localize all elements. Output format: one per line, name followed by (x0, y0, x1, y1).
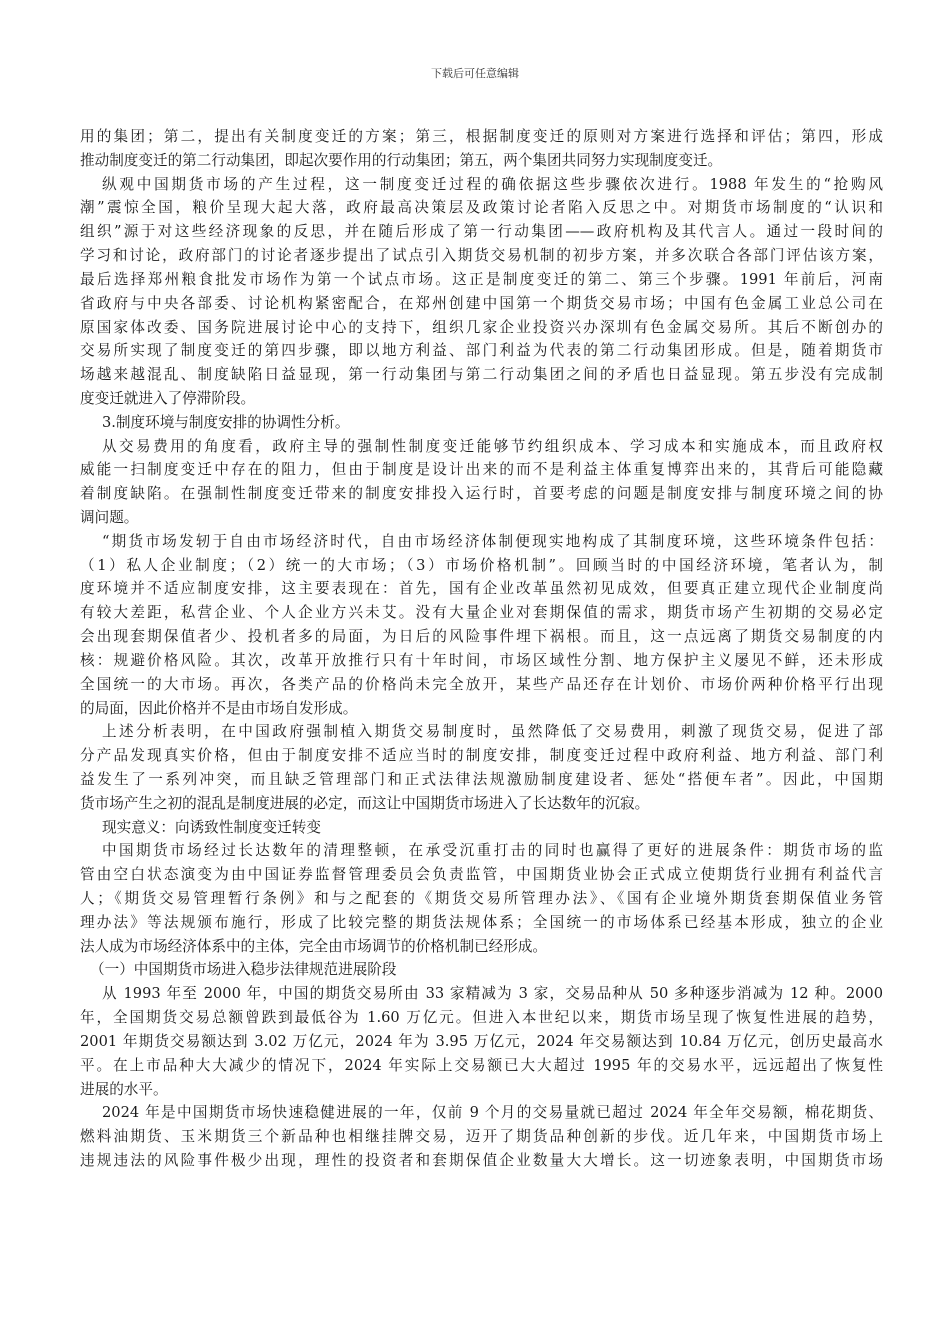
text-line: 平。在上市品种大大减少的情况下，2024 年实际上交易额已大大超过 1995 年… (80, 1054, 883, 1078)
text-line: 从 1993 年至 2000 年，中国的期货交易所由 33 家精减为 3 家，交… (80, 982, 883, 1006)
text-line: 会出现套期保值者少、投机者多的局面，为日后的风险事件埋下祸根。而且，这一点远离了… (80, 625, 883, 649)
text-line: 度环境并不适应制度安排，这主要表现在：首先，国有企业改革虽然初见成效，但要真正建… (80, 577, 883, 601)
text-line: 法人成为市场经济体系中的主体，完全由市场调节的价格机制已经形成。 (80, 935, 883, 959)
text-line: 度变迁就进入了停滞阶段。 (80, 387, 883, 411)
text-line: 有较大差距，私营企业、个人企业方兴未艾。没有大量企业对套期保值的需求，期货市场产… (80, 601, 883, 625)
text-line: 理办法》等法规颁布施行，形成了比较完整的期货法规体系；全国统一的市场体系已经基本… (80, 911, 883, 935)
text-line: 上述分析表明，在中国政府强制植入期货交易制度时，虽然降低了交易费用，刺激了现货交… (80, 720, 883, 744)
text-line: 年，全国期货交易总额曾跌到最低谷为 1.60 万亿元。但进入本世纪以来，期货市场… (80, 1006, 883, 1030)
text-line: 组织”源于对这些经济现象的反思，并在随后形成了第一行动集团——政府机构及其代言人… (80, 220, 883, 244)
text-line: 推动制度变迁的第二行动集团，即起次要作用的行动集团；第五，两个集团共同努力实现制… (80, 149, 883, 173)
paragraph: 从交易费用的角度看，政府主导的强制性制度变迁能够节约组织成本、学习成本和实施成本… (80, 435, 883, 530)
paragraph: 中国期货市场经过长达数年的清理整顿，在承受沉重打击的同时也赢得了更好的进展条件：… (80, 839, 883, 958)
text-line: 潮”震惊全国，粮价呈现大起大落，政府最高决策层及政策讨论者陷入反思之中。对期货市… (80, 196, 883, 220)
text-line: 燃料油期货、玉米期货三个新品种也相继挂牌交易，迈开了期货品种创新的步伐。近几年来… (80, 1125, 883, 1149)
text-line: 2024 年是中国期货市场快速稳健进展的一年，仅前 9 个月的交易量就已超过 2… (80, 1101, 883, 1125)
document-body: 用的集团；第二，提出有关制度变迁的方案；第三，根据制度变迁的原则对方案进行选择和… (80, 125, 883, 1173)
text-line: 着制度缺陷。在强制性制度变迁带来的制度安排投入运行时，首要考虑的问题是制度安排与… (80, 482, 883, 506)
text-line: 用的集团；第二，提出有关制度变迁的方案；第三，根据制度变迁的原则对方案进行选择和… (80, 125, 883, 149)
text-line: 中国期货市场经过长达数年的清理整顿，在承受沉重打击的同时也赢得了更好的进展条件：… (80, 839, 883, 863)
text-line: 核：规避价格风险。其次，改革开放推行只有十年时间，市场区域性分割、地方保护主义屡… (80, 649, 883, 673)
text-line: 违规违法的风险事件极少出现，理性的投资者和套期保值企业数量大大增长。这一切迹象表… (80, 1149, 883, 1173)
text-line: 的局面，因此价格并不是由市场自发形成。 (80, 697, 883, 721)
text-line: 纵观中国期货市场的产生过程，这一制度变迁过程的确依据这些步骤依次进行。1988 … (80, 173, 883, 197)
paragraph: “期货市场发轫于自由市场经济时代，自由市场经济体制便现实地构成了其制度环境，这些… (80, 530, 883, 721)
text-line: 从交易费用的角度看，政府主导的强制性制度变迁能够节约组织成本、学习成本和实施成本… (80, 435, 883, 459)
text-line: 进展的水平。 (80, 1078, 883, 1102)
text-line: （1）私人企业制度；（2）统一的大市场；（3）市场价格机制”。回顾当时的中国经济… (80, 554, 883, 578)
text-line: 最后选择郑州粮食批发市场作为第一个试点市场。这正是制度变迁的第二、第三个步骤。1… (80, 268, 883, 292)
text-line: “期货市场发轫于自由市场经济时代，自由市场经济体制便现实地构成了其制度环境，这些… (80, 530, 883, 554)
paragraph: 2024 年是中国期货市场快速稳健进展的一年，仅前 9 个月的交易量就已超过 2… (80, 1101, 883, 1172)
paragraph: 上述分析表明，在中国政府强制植入期货交易制度时，虽然降低了交易费用，刺激了现货交… (80, 720, 883, 815)
heading-text: 现实意义：向诱致性制度变迁转变 (80, 816, 883, 840)
section-heading: （一）中国期货市场进入稳步法律规范进展阶段 (80, 958, 883, 982)
text-line: 分产品发现真实价格，但由于制度安排不适应当时的制度安排，制度变迁过程中政府利益、… (80, 744, 883, 768)
heading-text: 3.制度环境与制度安排的协调性分析。 (80, 411, 883, 435)
paragraph: 用的集团；第二，提出有关制度变迁的方案；第三，根据制度变迁的原则对方案进行选择和… (80, 125, 883, 173)
text-line: 省政府与中央各部委、讨论机构紧密配合，在郑州创建中国第一个期货交易市场；中国有色… (80, 292, 883, 316)
text-line: 威能一扫制度变迁中存在的阻力，但由于制度是设计出来的而不是利益主体重复博弈出来的… (80, 458, 883, 482)
section-heading: 现实意义：向诱致性制度变迁转变 (80, 816, 883, 840)
heading-text: （一）中国期货市场进入稳步法律规范进展阶段 (80, 958, 883, 982)
text-line: 调问题。 (80, 506, 883, 530)
page-header: 下载后可任意编辑 (0, 66, 950, 82)
text-line: 交易所实现了制度变迁的第四步骤，即以地方利益、部门利益为代表的第二行动集团形成。… (80, 339, 883, 363)
paragraph: 纵观中国期货市场的产生过程，这一制度变迁过程的确依据这些步骤依次进行。1988 … (80, 173, 883, 411)
text-line: 2001 年期货交易额达到 3.02 万亿元，2024 年为 3.95 万亿元，… (80, 1030, 883, 1054)
section-heading: 3.制度环境与制度安排的协调性分析。 (80, 411, 883, 435)
text-line: 场越来越混乱、制度缺陷日益显现，第一行动集团与第二行动集团之间的矛盾也日益显现。… (80, 363, 883, 387)
text-line: 人；《期货交易管理暂行条例》和与之配套的《期货交易所管理办法》、《国有企业境外期… (80, 887, 883, 911)
text-line: 原国家体改委、国务院进展讨论中心的支持下，组织几家企业投资兴办深圳有色金属交易所… (80, 316, 883, 340)
text-line: 管由空白状态演变为由中国证券监督管理委员会负责监管，中国期货业协会正式成立使期货… (80, 863, 883, 887)
paragraph: 从 1993 年至 2000 年，中国的期货交易所由 33 家精减为 3 家，交… (80, 982, 883, 1101)
text-line: 学习和讨论，政府部门的讨论者逐步提出了试点引入期货交易机制的初步方案，并多次联合… (80, 244, 883, 268)
text-line: 全国统一的大市场。再次，各类产品的价格尚未完全放开，某些产品还存在计划价、市场价… (80, 673, 883, 697)
text-line: 益发生了一系列冲突，而且缺乏管理部门和正式法律法规激励制度建设者、惩处“搭便车者… (80, 768, 883, 792)
text-line: 货市场产生之初的混乱是制度进展的必定，而这让中国期货市场进入了长达数年的沉寂。 (80, 792, 883, 816)
